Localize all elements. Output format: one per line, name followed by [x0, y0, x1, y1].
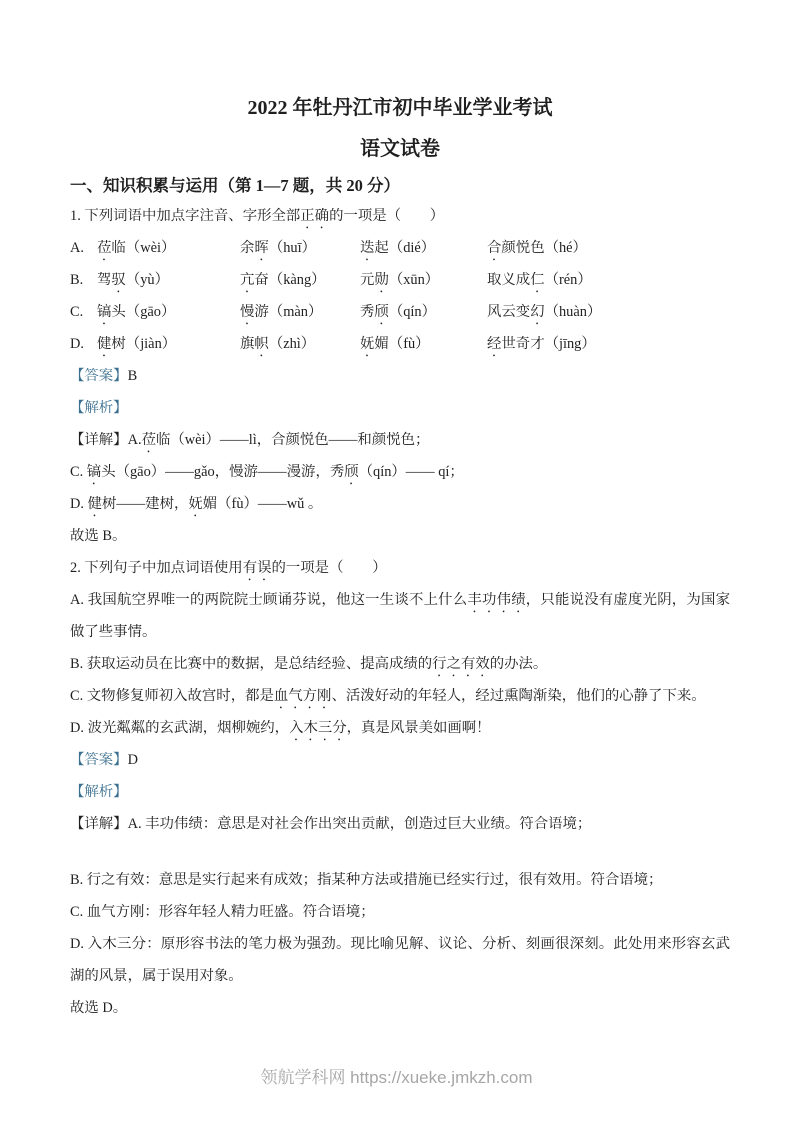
- q2-option-d: D. 波光粼粼的玄武湖，烟柳婉约，入木三分，真是风景美如画啊！: [70, 712, 730, 744]
- q1-option-c: C. 镐头（gāo） 慢游（màn） 秀颀（qín） 风云变幻（huàn）: [70, 296, 730, 328]
- emphasized-text: 行之有效: [432, 656, 490, 672]
- emphasized-text: 仁: [530, 272, 544, 288]
- text-segment: B. 获取运动员在比赛中的数据，是总结经验、提高成绩的: [70, 656, 432, 672]
- emphasized-text: 经: [487, 336, 501, 352]
- text-segment: 树——建树，: [102, 496, 188, 512]
- emphasized-text: 莅: [97, 240, 111, 256]
- text-segment: 故选 D。: [70, 1000, 127, 1016]
- text-segment: 元: [360, 272, 374, 288]
- text-segment: 树（jiàn）: [111, 336, 176, 352]
- text-segment: 【解析】: [70, 784, 128, 800]
- emphasized-text: 丰功伟绩: [467, 592, 525, 608]
- text-segment: D: [128, 752, 138, 768]
- q2-conclusion: 故选 D。: [70, 992, 730, 1024]
- emphasized-text: 妩: [188, 496, 202, 512]
- emphasized-text: 莅: [142, 432, 156, 448]
- text-segment: B: [128, 368, 138, 384]
- text-segment: （qín）: [389, 304, 436, 320]
- text-segment: 驾: [97, 272, 111, 288]
- emphasized-text: 勋: [374, 272, 388, 288]
- q2-detail-a: 【详解】A. 丰功伟绩：意思是对社会作出突出贡献，创造过巨大业绩。符合语境；: [70, 808, 730, 840]
- text-segment: （qín）—— qí；: [359, 464, 464, 480]
- text-segment: 临（wèi）: [111, 240, 175, 256]
- q2-detail-d: D. 入木三分：原形容书法的笔力极为强劲。现比喻见解、议论、分析、刻画很深刻。此…: [70, 928, 730, 992]
- text-segment: C.: [70, 464, 87, 480]
- emphasized-text: 健: [97, 336, 111, 352]
- text-segment: 颜悦色（hé）: [501, 240, 587, 256]
- option-word: 健树（jiàn）: [97, 328, 240, 360]
- text-segment: 头（gāo）——gǎo，慢游——漫游，秀: [101, 464, 344, 480]
- q1-option-d: D. 健树（jiàn） 旗帜（zhì） 妩媚（fù） 经世奇才（jīng）: [70, 328, 730, 360]
- text-segment: 【答案】: [70, 752, 128, 768]
- q1-detail-d: D. 健树——建树，妩媚（fù）——wǔ 。: [70, 488, 730, 520]
- q2-analysis-label: 【解析】: [70, 776, 730, 808]
- text-segment: （zhì）: [269, 336, 315, 352]
- option-word: 旗帜（zhì）: [240, 328, 360, 360]
- text-segment: 取义成: [487, 272, 530, 288]
- text-segment: 的办法。: [490, 656, 548, 672]
- q1-conclusion: 故选 B。: [70, 520, 730, 552]
- option-word: 经世奇才（jīng）: [487, 328, 730, 360]
- q1-stem: 1. 下列词语中加点字注音、字形全部正确的一项是（ ）: [70, 200, 730, 232]
- text-segment: 【答案】: [70, 368, 128, 384]
- text-segment: （huī）: [269, 240, 316, 256]
- emphasized-text: 迭: [360, 240, 374, 256]
- option-word: 合颜悦色（hé）: [487, 232, 730, 264]
- text-segment: 【详解】A.: [70, 432, 142, 448]
- emphasized-text: 血气方刚: [274, 688, 332, 704]
- text-segment: （yù）: [126, 272, 169, 288]
- emphasized-text: 妩: [360, 336, 374, 352]
- exam-document-page: 2022 年牡丹江市初中毕业学业考试 语文试卷 一、知识积累与运用（第 1—7 …: [0, 0, 793, 1122]
- option-letter: A.: [70, 232, 97, 264]
- option-word: 莅临（wèi）: [97, 232, 240, 264]
- text-segment: 【详解】A. 丰功伟绩：意思是对社会作出突出贡献，创造过巨大业绩。符合语境；: [70, 816, 591, 832]
- text-segment: 的一项是（ ）: [272, 560, 387, 576]
- text-segment: （rén）: [545, 272, 592, 288]
- text-segment: D.: [70, 496, 88, 512]
- emphasized-text: 健: [88, 496, 102, 512]
- text-segment: 故选 B。: [70, 528, 126, 544]
- text-segment: （huàn）: [545, 304, 602, 320]
- text-segment: 余: [240, 240, 254, 256]
- q1-answer: 【答案】B: [70, 360, 730, 392]
- q2-option-c: C. 文物修复师初入故宫时，都是血气方刚、活泼好动的年轻人，经过熏陶渐染，他们的…: [70, 680, 730, 712]
- option-word: 驾驭（yù）: [97, 264, 240, 296]
- text-segment: C. 文物修复师初入故宫时，都是: [70, 688, 274, 704]
- text-segment: D. 入木三分：原形容书法的笔力极为强劲。现比喻见解、议论、分析、刻画很深刻。此…: [70, 936, 730, 984]
- option-word: 妩媚（fù）: [360, 328, 487, 360]
- emphasized-text: 亢: [240, 272, 254, 288]
- emphasized-text: 有误: [243, 560, 272, 576]
- text-segment: 的一项是（ ）: [329, 208, 444, 224]
- option-word: 亢奋（kàng）: [240, 264, 360, 296]
- q1-option-a: A. 莅临（wèi） 余晖（huī） 迭起（dié） 合颜悦色（hé）: [70, 232, 730, 264]
- text-segment: 秀: [360, 304, 374, 320]
- q2-stem: 2. 下列句子中加点词语使用有误的一项是（ ）: [70, 552, 730, 584]
- q2-detail-c: C. 血气方刚：形容年轻人精力旺盛。符合语境；: [70, 896, 730, 928]
- text-segment: ，真是风景美如画啊！: [347, 720, 491, 736]
- site-watermark: 领航学科网 https://xueke.jmkzh.com: [0, 1063, 793, 1088]
- text-segment: 奋（kàng）: [254, 272, 325, 288]
- emphasized-text: 颀: [374, 304, 388, 320]
- document-content: 2022 年牡丹江市初中毕业学业考试 语文试卷 一、知识积累与运用（第 1—7 …: [0, 0, 793, 1024]
- q1-detail-c: C. 镐头（gāo）——gǎo，慢游——漫游，秀颀（qín）—— qí；: [70, 456, 730, 488]
- emphasized-text: 镐: [87, 464, 101, 480]
- q1-analysis-label: 【解析】: [70, 392, 730, 424]
- text-segment: D. 波光粼粼的玄武湖，烟柳婉约，: [70, 720, 289, 736]
- emphasized-text: 驭: [111, 272, 125, 288]
- option-word: 余晖（huī）: [240, 232, 360, 264]
- text-segment: A. 我国航空界唯一的两院院士顾诵芬说，他这一生谈不上什么: [70, 592, 467, 608]
- emphasized-text: 帜: [254, 336, 268, 352]
- text-segment: 世奇才（jīng）: [501, 336, 595, 352]
- option-word: 镐头（gāo）: [97, 296, 240, 328]
- q1-option-b: B. 驾驭（yù） 亢奋（kàng） 元勋（xūn） 取义成仁（rén）: [70, 264, 730, 296]
- q2-detail-b: B. 行之有效：意思是实行起来有成效；指某种方法或措施已经实行过，很有效用。符合…: [70, 864, 730, 896]
- emphasized-text: 入木三分: [289, 720, 347, 736]
- section-heading: 一、知识积累与运用（第 1—7 题，共 20 分）: [70, 174, 730, 198]
- text-segment: 头（gāo）: [111, 304, 175, 320]
- option-word: 秀颀（qín）: [360, 296, 487, 328]
- option-word: 取义成仁（rén）: [487, 264, 730, 296]
- emphasized-text: 慢: [240, 304, 254, 320]
- text-segment: 1. 下列词语中加点字注音、字形全部: [70, 208, 300, 224]
- q2-option-a: A. 我国航空界唯一的两院院士顾诵芬说，他这一生谈不上什么丰功伟绩，只能说没有虚…: [70, 584, 730, 648]
- emphasized-text: 颀: [344, 464, 358, 480]
- option-word: 迭起（dié）: [360, 232, 487, 264]
- option-letter: D.: [70, 328, 97, 360]
- text-segment: 起（dié）: [374, 240, 435, 256]
- q1-detail-a: 【详解】A.莅临（wèi）——lì，合颜悦色——和颜悦色；: [70, 424, 730, 456]
- exam-subtitle: 语文试卷: [70, 136, 730, 162]
- option-word: 元勋（xūn）: [360, 264, 487, 296]
- emphasized-text: 幻: [530, 304, 544, 320]
- text-segment: C. 血气方刚：形容年轻人精力旺盛。符合语境；: [70, 904, 375, 920]
- emphasized-text: 晖: [254, 240, 268, 256]
- option-word: 慢游（màn）: [240, 296, 360, 328]
- text-segment: 、活泼好动的年轻人，经过熏陶渐染，他们的心静了下来。: [331, 688, 705, 704]
- text-segment: 风云变: [487, 304, 530, 320]
- text-segment: 媚（fù）: [374, 336, 429, 352]
- q2-option-b: B. 获取运动员在比赛中的数据，是总结经验、提高成绩的行之有效的办法。: [70, 648, 730, 680]
- text-segment: 【解析】: [70, 400, 128, 416]
- text-segment: 旗: [240, 336, 254, 352]
- option-word: 风云变幻（huàn）: [487, 296, 730, 328]
- text-segment: 临（wèi）——lì，合颜悦色——和颜悦色；: [156, 432, 429, 448]
- text-segment: 游（màn）: [254, 304, 322, 320]
- option-letter: B.: [70, 264, 97, 296]
- text-segment: 媚（fù）——wǔ 。: [203, 496, 323, 512]
- emphasized-text: 镐: [97, 304, 111, 320]
- option-letter: C.: [70, 296, 97, 328]
- emphasized-text: 正确: [300, 208, 329, 224]
- text-segment: B. 行之有效：意思是实行起来有成效；指某种方法或措施已经实行过，很有效用。符合…: [70, 872, 662, 888]
- q2-answer: 【答案】D: [70, 744, 730, 776]
- exam-title: 2022 年牡丹江市初中毕业学业考试: [70, 95, 730, 121]
- text-segment: （xūn）: [389, 272, 439, 288]
- text-segment: 2. 下列句子中加点词语使用: [70, 560, 243, 576]
- emphasized-text: 合: [487, 240, 501, 256]
